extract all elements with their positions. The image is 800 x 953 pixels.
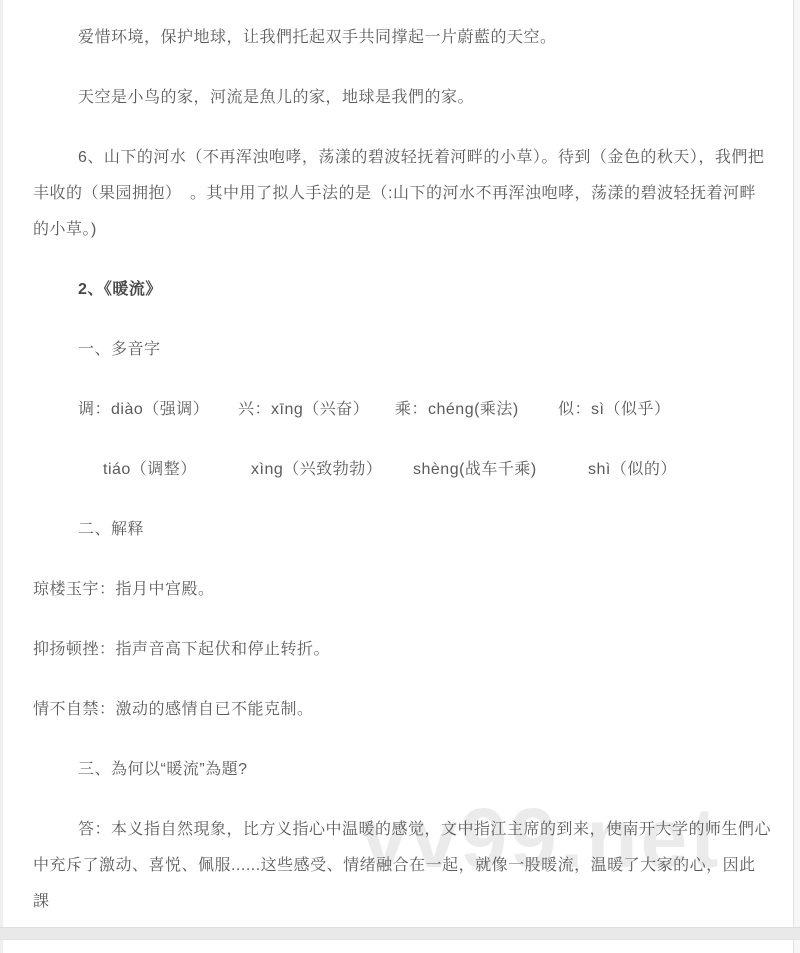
paragraph-sky-home: 天空是小鸟的家，河流是魚儿的家，地球是我們的家。	[33, 80, 771, 116]
polyphone-item: shèng(战车千乘)	[413, 452, 537, 488]
next-page-top	[0, 940, 794, 953]
definition-yiyangduncuo: 抑扬顿挫：指声音高下起伏和停止转折。	[33, 632, 771, 668]
document-page: vv99.net 爱惜环境，保护地球，让我們托起双手共同撑起一片蔚藍的天空。 天…	[0, 0, 794, 927]
section-heading-polyphones: 一、多音字	[33, 332, 771, 368]
definition-qionglouyuyu: 琼楼玉宇：指月中宫殿。	[33, 572, 771, 608]
paragraph-answer: 答：本义指自然現象，比方义指心中温暖的感觉，文中指江主席的到来，使南开大学的师生…	[33, 812, 771, 920]
polyphone-item: 调：diào（强调）	[78, 392, 209, 428]
paragraph-question-6: 6、山下的河水（不再浑浊咆哮，荡漾的碧波轻抚着河畔的小草）。待到（金色的秋天），…	[33, 140, 771, 248]
polyphone-item: tiáo（调整）	[103, 452, 197, 488]
polyphone-item: xìng（兴致勃勃）	[251, 452, 382, 488]
section-heading-definitions: 二、解释	[33, 512, 771, 548]
polyphone-item: 兴：xīng（兴奋）	[238, 392, 369, 428]
section-heading-title-question: 三、為何以“暖流”為題?	[33, 752, 771, 788]
lesson-heading: 2、《暖流》	[33, 272, 771, 308]
polyphone-row-1: 调：diào（强调） 兴：xīng（兴奋） 乘：chéng(乘法) 似：sì（似…	[33, 392, 771, 428]
document-viewport: vv99.net 爱惜环境，保护地球，让我們托起双手共同撑起一片蔚藍的天空。 天…	[0, 0, 800, 953]
polyphone-item: 乘：chéng(乘法)	[395, 392, 519, 428]
page-gap-divider	[0, 927, 800, 940]
page-content: 爱惜环境，保护地球，让我們托起双手共同撑起一片蔚藍的天空。 天空是小鸟的家，河流…	[3, 0, 793, 920]
polyphone-item: shì（似的）	[588, 452, 677, 488]
polyphone-item: 似：sì（似乎）	[558, 392, 670, 428]
paragraph-environment: 爱惜环境，保护地球，让我們托起双手共同撑起一片蔚藍的天空。	[33, 20, 771, 56]
polyphone-row-2: tiáo（调整） xìng（兴致勃勃） shèng(战车千乘) shì（似的）	[33, 452, 771, 488]
definition-qingbuzijin: 情不自禁：激动的感情自已不能克制。	[33, 692, 771, 728]
